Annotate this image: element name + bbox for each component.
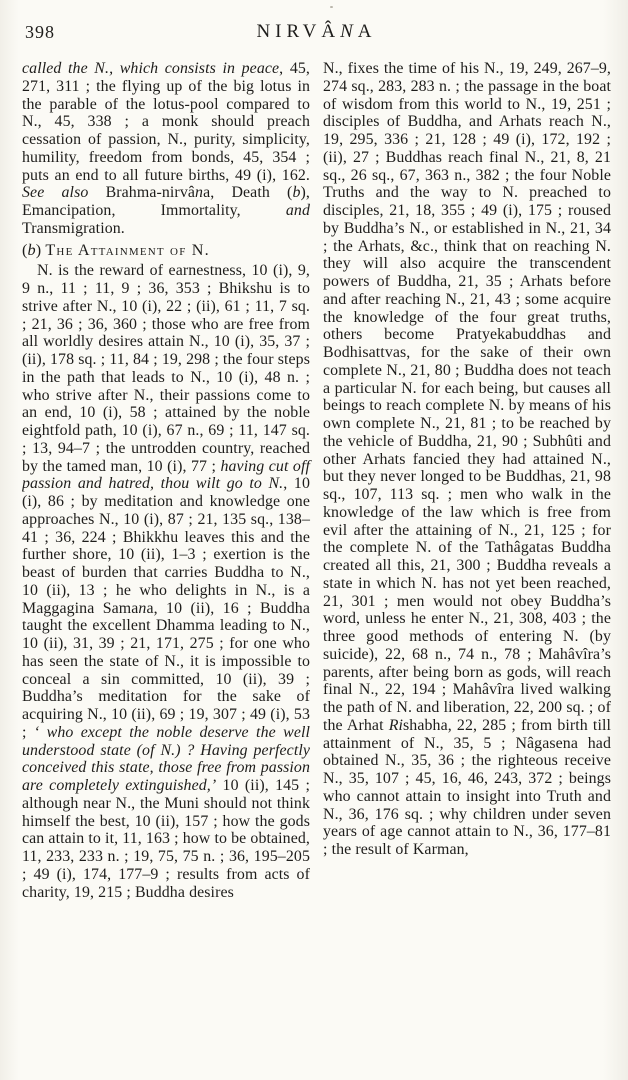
book-page: 398 NIRVÂNA called the N., which consist… xyxy=(0,0,628,1080)
scan-speck xyxy=(330,6,333,8)
attainment-paragraph: N. is the reward of earnestness, 10 (i),… xyxy=(22,262,310,901)
page-title: NIRVÂNA xyxy=(22,16,611,43)
left-column: called the N., which consists in peace, … xyxy=(22,60,310,1066)
page-header: 398 NIRVÂNA xyxy=(22,16,611,50)
right-column-paragraph: N., fixes the time of his N., 19, 249, 2… xyxy=(323,60,611,859)
continuation-paragraph: called the N., which consists in peace, … xyxy=(22,60,310,238)
text-columns: called the N., which consists in peace, … xyxy=(22,60,611,1066)
right-column: N., fixes the time of his N., 19, 249, 2… xyxy=(323,60,611,1066)
page-number: 398 xyxy=(25,22,55,43)
section-heading-attainment: (b) The Attainment of N. xyxy=(22,242,310,260)
